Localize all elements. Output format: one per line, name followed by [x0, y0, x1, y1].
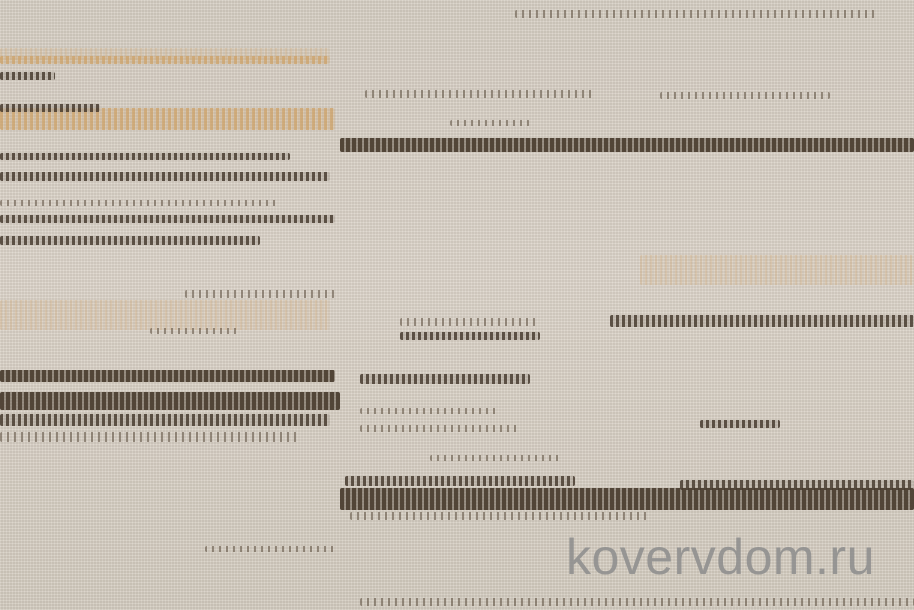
texture-streak: [340, 488, 914, 510]
texture-streak: [360, 425, 520, 432]
carpet-texture-photo: kovervdom.ru: [0, 0, 914, 610]
texture-streak: [0, 200, 280, 206]
texture-streak: [400, 332, 540, 340]
texture-streak: [0, 215, 335, 223]
texture-streak: [0, 236, 260, 245]
texture-streak: [0, 370, 335, 382]
texture-streak: [680, 480, 914, 490]
texture-streak: [640, 255, 914, 285]
texture-streak: [345, 476, 575, 486]
texture-streak: [400, 318, 540, 326]
texture-streak: [610, 315, 914, 327]
texture-streak: [350, 512, 650, 520]
texture-streak: [0, 432, 300, 442]
texture-streak: [0, 300, 330, 330]
texture-streak: [700, 420, 780, 428]
texture-streak: [360, 408, 500, 414]
texture-streak: [0, 72, 55, 80]
texture-streak: [365, 90, 595, 98]
texture-streak: [205, 546, 335, 552]
texture-streak: [515, 10, 875, 18]
texture-streak: [360, 598, 914, 606]
texture-streak: [360, 374, 530, 384]
texture-streak: [150, 328, 240, 334]
texture-streak: [185, 290, 335, 298]
texture-streak: [0, 414, 330, 426]
texture-streak: [0, 153, 290, 160]
texture-streak: [0, 172, 330, 181]
texture-streak: [0, 56, 330, 64]
texture-streak: [0, 392, 340, 410]
texture-streak: [450, 120, 530, 126]
watermark: kovervdom.ru: [566, 532, 875, 582]
texture-streak: [430, 455, 560, 461]
texture-streak: [340, 138, 914, 152]
texture-streak: [660, 92, 830, 99]
texture-streak: [0, 104, 100, 112]
